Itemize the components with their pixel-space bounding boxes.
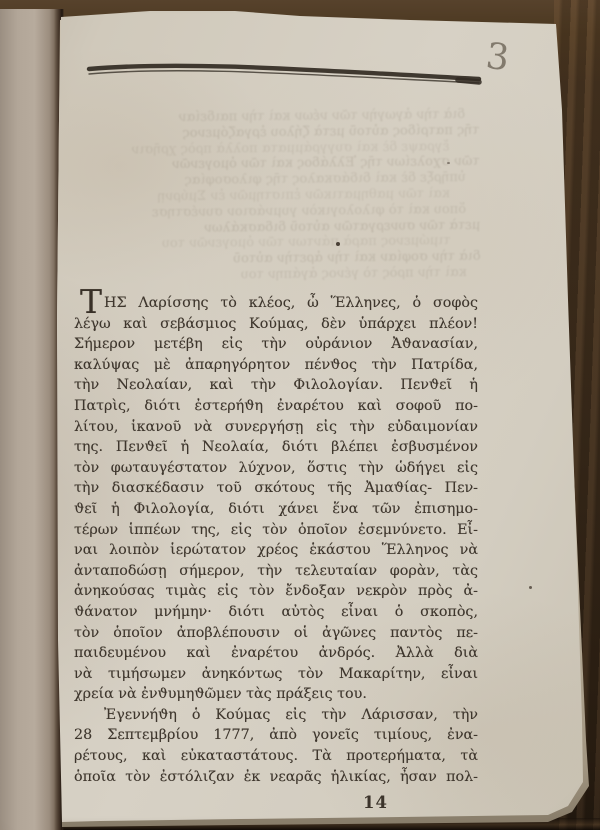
text-line: 28 Σεπτεμβρίου 1777, ἀπὸ γονεῖς τιμίους,… [74,725,478,746]
text-line: λέγω καὶ σεβάσμιος Κούμας, δὲν ὑπάρχει π… [74,314,478,335]
book-page: 3 διὰ τὴν ἀγωγὴν τῶν νέων καὶ τὴν παιδεί… [0,0,600,830]
header-double-rule [86,58,482,90]
ink-speck [529,586,532,589]
text-line: λίτου, ἱκανοῦ νὰ συνεργήσῃ εἰς τὴν εὐδαι… [74,417,478,438]
body-text: ΤΗΣ Λαρίσσης τὸ κλέος, ὦ Ἕλληνες, ὁ σοφὸ… [74,293,478,787]
text-line: Ἐγεννήϑη ὁ Κούμας εἰς τὴν Λάρισσαν, τὴν [74,705,478,726]
text-line: χρεία νὰ ἐνϑυμηϑῶμεν τὰς πράξεις του. [74,684,478,705]
text-line: ΤΗΣ Λαρίσσης τὸ κλέος, ὦ Ἕλληνες, ὁ σοφὸ… [74,293,478,314]
page-number: 14 [363,793,388,812]
text-line: Πατρὶς, διότι ἐστερήϑη ἐναρέτου καὶ σοφο… [74,396,478,417]
book-page-photo: 3 διὰ τὴν ἀγωγὴν τῶν νέων καὶ τὴν παιδεί… [0,0,600,830]
text-line: καλύψας μὲ ἀπαρηγόρητον πένϑος τὴν Πατρί… [74,355,478,376]
showthrough-line: καὶ τὴν πρὸς τὸ γένος ἀγάπην του [73,265,467,285]
text-line: ὁποῖα τὸν ἐστόλιζαν ἐκ νεαρᾶς ἡλικίας, ἦ… [74,767,478,788]
text-line: ϑεῖ ἡ Φιλολογία, διότι χάνει ἕνα τῶν ἐπι… [74,499,478,520]
text-line: της. Πενϑεῖ ἡ Νεολαία, διότι βλέπει ἐσβυ… [74,437,478,458]
verso-showthrough-text: διὰ τὴν ἀγωγὴν τῶν νέων καὶ τὴν παιδείαν… [71,107,481,293]
text-line: τέρων ἱππέων της, εἰς τὸν ὁποῖον ἐσεμνύν… [74,520,478,541]
text-line: νὰ τιμήσωμεν ἀνηκόντως τὸν Μακαρίτην, εἶ… [74,664,478,685]
text-line-content: ΗΣ Λαρίσσης τὸ κλέος, ὦ Ἕλληνες, ὁ σοφὸς [104,295,478,311]
drop-cap-initial: Τ [80,285,102,318]
text-line: τὴν διασκέδασιν τοῦ σκότους τῆς Ἀμαϑίας-… [74,478,478,499]
text-line: ρέτους, καὶ εὐκαταστάτους. Τὰ προτερήματ… [74,746,478,767]
handwritten-folio-number: 3 [484,39,511,78]
text-line: ἀνταποδώσῃ σήμερον, τὴν τελευταίαν φορὰν… [74,561,478,582]
text-line: τὸν ὁποῖον ἀποβλέπουσιν οἱ ἀγῶνες παντὸς… [74,623,478,644]
text-line: ϑάνατον μνήμην· διότι αὐτὸς εἶναι ὁ σκοπ… [74,602,478,623]
text-line: ναι λοιπὸν ἱερώτατον χρέος ἑκάστου Ἕλλην… [74,540,478,561]
text-line: τὸν φωταυγέστατον λύχνον, ὅστις τὴν ὡδήγ… [74,458,478,479]
text-line: ἀνηκούσας τιμὰς εἰς τὸν ἔνδοξαν νεκρὸν π… [74,581,478,602]
ink-speck [336,242,340,246]
text-line: παιδευμένου καὶ ἐναρέτου ἀνδρός. Ἀλλὰ δι… [74,643,478,664]
ink-specks [0,0,2,2]
text-line: Σήμερον μετέβη εἰς τὴν οὐράνιον Ἀϑανασία… [74,334,478,355]
ink-speck [447,162,450,164]
text-line: τὴν Νεολαίαν, καὶ τὴν Φιλολογίαν. Πενϑεῖ… [74,375,478,396]
